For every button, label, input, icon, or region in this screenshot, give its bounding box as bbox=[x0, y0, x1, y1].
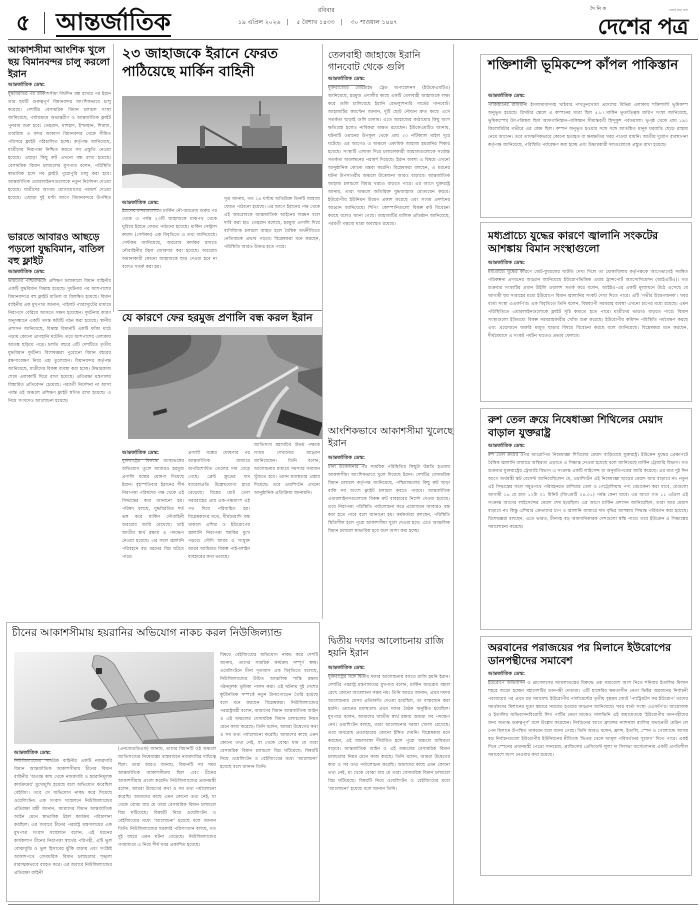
article-body: পাকিস্তানের রাজধানী ইসলামাবাদসহ খাইবার প… bbox=[488, 102, 688, 214]
footer-rule bbox=[8, 904, 698, 905]
article-headline: রুশ তেল ক্রয়ে নিষেধাজ্ঞা শিথিলের মেয়াদ… bbox=[488, 414, 688, 440]
article-headline: আকাশসীমা আংশিক খুলে ছয় বিমানবন্দর চালু … bbox=[8, 45, 113, 81]
article-body: মধ্যপ্রাচ্যে যুদ্ধের কারণে জেট-ফুয়েলের … bbox=[488, 269, 688, 399]
page-number: ৫ bbox=[16, 14, 30, 34]
article-headline: যে কারণে ফের হরমুজ প্রণালি বন্ধ করল ইরান bbox=[122, 312, 322, 325]
brand-name: দেশের পত্র bbox=[598, 10, 688, 47]
article-body: যুদ্ধবিরতির পর আকাশসীমা দীর্ঘদিন বন্ধ রা… bbox=[8, 91, 111, 201]
date-hijri: ৩০ শাওয়াল ১৪৪৭ bbox=[351, 19, 398, 26]
article-headline: তেলবাহী জাহাজে ইরানি গানবোট থেকে গুলি bbox=[328, 50, 453, 74]
article-headline: ভারতে আবারও আছড়ে পড়লো যুদ্ধবিমান, বাতি… bbox=[8, 232, 113, 268]
article-body: যুক্তরাজ্যের মেরিটাইম ট্রেড অপারেশনস (ইউ… bbox=[328, 85, 450, 415]
article-headline: ২৩ জাহাজকে ইরানে ফেরত পাঠিয়েছে মার্কিন … bbox=[122, 46, 320, 81]
article-body-left: ইরানের বন্দরগুলোতে মার্কিন নৌ-অবরোধ শুরু… bbox=[122, 208, 217, 304]
surveillance-aircraft-photo bbox=[14, 652, 214, 744]
article-headline: শক্তিশালী ভূমিকম্পে কাঁপল পাকিস্তান bbox=[488, 58, 688, 74]
section-title: আন্তর্জাতিক bbox=[56, 10, 171, 37]
brand-prefix: দৈ নি ক bbox=[590, 6, 606, 14]
article-body-mid: (এনজেডডিএফ) জানায়, তাদের বিমানটি ওই অঞ্… bbox=[118, 746, 216, 898]
article-body: ইউরোপে অভিবাসন ও ব্রাসেলসের আমলাতন্ত্রের… bbox=[488, 680, 688, 872]
date-gregorian: ১৯ এপ্রিল ২০২৬ bbox=[238, 19, 280, 26]
article-headline: আংশিকভাবে আকাশসীমা খুলেছে ইরান bbox=[328, 426, 453, 450]
weekday: রবিবার bbox=[318, 5, 335, 16]
header-divider bbox=[44, 12, 45, 34]
article-body-right: সূত্র জানায়, গত ২৪ ঘণ্টায় অতিরিক্ত তিন… bbox=[224, 196, 320, 304]
masthead-logo: দৈ নি ক দেশের কথা বলে দেশের পত্র bbox=[598, 6, 688, 47]
article-body: রুশ তেল ক্রয়ের ওপর আরোপিত নিষেধাজ্ঞা শি… bbox=[488, 452, 688, 626]
article-body: ভারতের পশ্চিমাঞ্চলে প্রশিক্ষণ চলাকালে বি… bbox=[8, 278, 111, 608]
brand-tagline: দেশের কথা বলে bbox=[669, 8, 688, 14]
column-divider bbox=[453, 44, 454, 904]
article-body: টানা উত্তেজনার পর সামরিক পরিস্থিতির কিছু… bbox=[328, 464, 450, 614]
article-headline: চীনের আকাশসীমায় হয়রানির অভিযোগ নাকচ কর… bbox=[12, 627, 322, 640]
article-body-right: জাতিসংঘ মহাসচিব উভয় পক্ষকে সংযম দেখানোর… bbox=[254, 442, 320, 618]
header-rule bbox=[8, 39, 698, 40]
article-body-right: বিষয়ে বেইজিংয়ের অভিযোগ নাকচ করে দেশটি … bbox=[220, 652, 318, 898]
article-headline: দ্বিতীয় দফার আলোচনায় রাজি হয়নি ইরান bbox=[328, 636, 453, 660]
article-body-left: নিউজিল্যান্ডের সামরিক বাহিনীর একটি নজরদা… bbox=[14, 758, 112, 898]
article-body: যুক্তরাষ্ট্রের সঙ্গে দ্বিতীয় দফার আলোচন… bbox=[328, 674, 450, 902]
cargo-ship-photo bbox=[122, 96, 322, 188]
article-headline: মধ্যপ্রাচ্যে যুদ্ধের কারণে জ্বালানি সংকট… bbox=[488, 230, 688, 256]
article-headline: অরবানের পরাজয়ের পর মিলানে ইউরোপের ডানপন… bbox=[488, 642, 688, 668]
article-body-mid: প্রণালী বন্ধের ঘোষণার পর আন্তর্জাতিক বাজ… bbox=[188, 450, 250, 618]
article-body-left: যুক্তরাষ্ট্রের বিরুদ্ধে আস্থাভঙ্গের অভিয… bbox=[122, 458, 184, 618]
column-divider bbox=[113, 44, 114, 312]
dateline: ১৯ এপ্রিল ২০২৬| ৫ বৈশাখ ১৪৩৩| ৩০ শাওয়াল… bbox=[232, 17, 403, 28]
column-divider bbox=[322, 44, 323, 619]
date-bangla: ৫ বৈশাখ ১৪৩৩ bbox=[296, 19, 334, 26]
section-rule bbox=[118, 310, 322, 311]
page-header: ৫ আন্তর্জাতিক রবিবার ১৯ এপ্রিল ২০২৬| ৫ ব… bbox=[0, 0, 700, 36]
strait-of-hormuz-photo bbox=[128, 327, 322, 439]
